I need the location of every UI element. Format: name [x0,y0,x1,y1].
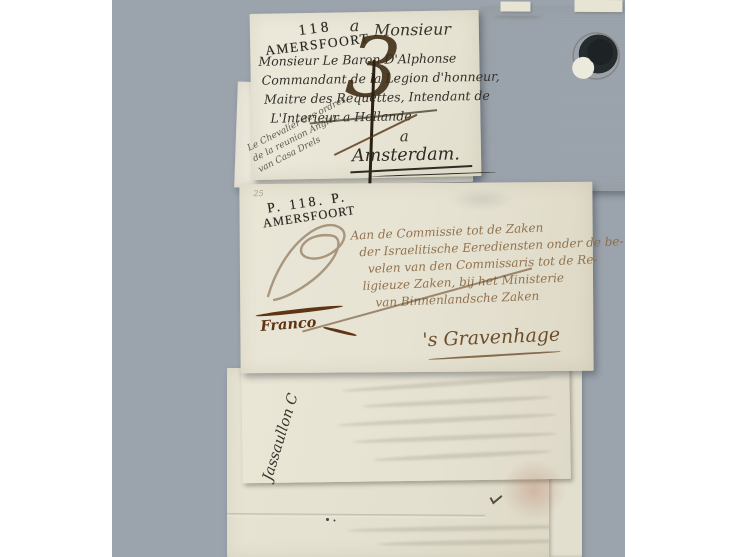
paper-tab [574,0,622,12]
letter-front-middle: 25 P. 118. P. AMERSFOORT Aan de Commissi… [239,182,593,373]
direction-prefix: a [400,127,409,145]
underline-flourish [370,172,496,178]
destination-amsterdam: Amsterdam. [352,144,460,166]
showthrough-writing [347,524,577,533]
faint-writing [494,15,542,18]
address-block: Aan de Commissie tot de Zaken der Israel… [350,218,591,313]
showthrough-writing [352,431,557,444]
underline-flourish [429,351,561,360]
red-seal-showthrough [502,460,566,520]
photo-of-letters: 118 AMERSFOORT a Monsieur Monsieur Le Ba… [112,0,625,557]
franco-mark: Franco [260,314,317,335]
pencil-note: 25 [253,189,263,198]
paper-tab [500,1,530,11]
black-wax-seal [570,32,622,82]
showthrough-writing [337,412,557,428]
letter-front-top-left: 118 AMERSFOORT a Monsieur Monsieur Le Ba… [250,10,482,180]
showthrough-writing [342,374,552,393]
ink-dots [326,518,329,521]
showthrough-writing [362,395,552,409]
faint-smudge [449,188,513,210]
letter-back-top-right [480,7,625,191]
showthrough-writing [377,538,577,546]
destination-gravenhage: 's Gravenhage [422,324,561,352]
